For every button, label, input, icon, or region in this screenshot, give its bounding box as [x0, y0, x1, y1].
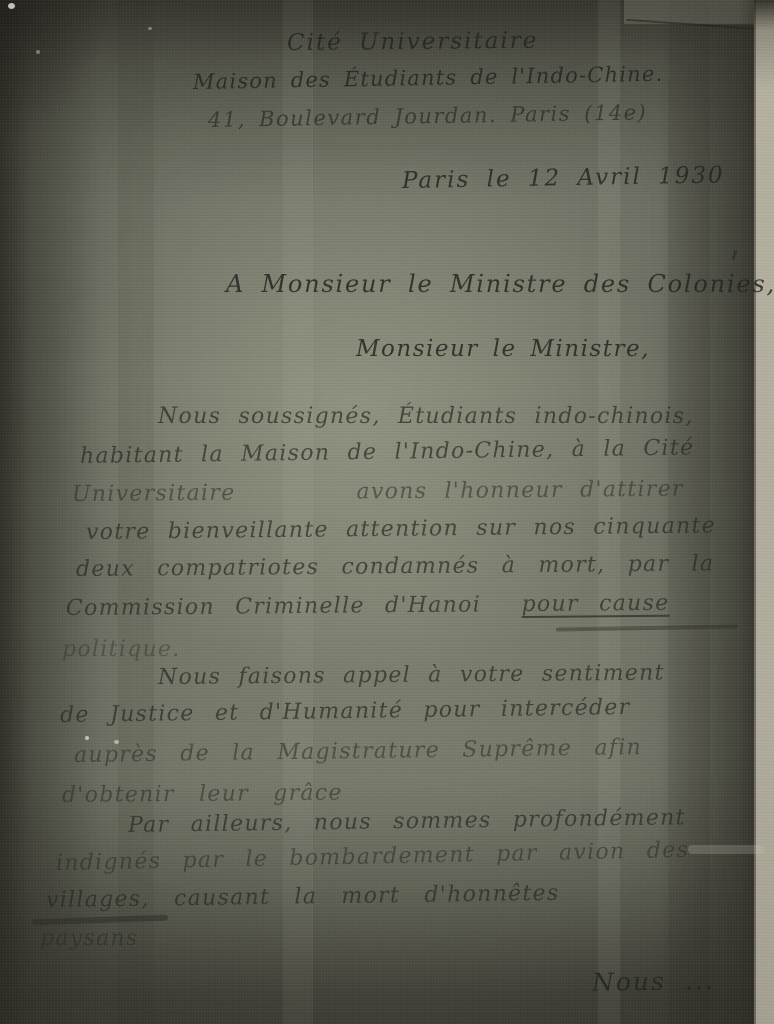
date-line: Paris le 12 Avril 1930 — [402, 162, 725, 195]
ink-smudge-underline — [32, 915, 168, 926]
body-line: habitant la Maison de l'Indo-Chine, à la… — [80, 435, 695, 470]
body-line: politique. — [62, 637, 181, 663]
letterhead-line-1: Cité Universitaire — [287, 28, 539, 58]
letterhead-line-3: 41, Boulevard Jourdan. Paris (14e) — [208, 100, 648, 133]
page-edge-shadow — [738, 0, 754, 1024]
ink-smudge-underline — [556, 624, 738, 631]
body-line: de Justice et d'Humanité pour intercéder — [60, 695, 631, 729]
body-line: votre bienveillante attention sur nos ci… — [86, 513, 716, 546]
page-edge — [754, 0, 774, 1024]
dust-speck — [148, 27, 152, 30]
dust-speck — [114, 740, 119, 744]
corner-shadow — [0, 0, 110, 140]
body-line: Par ailleurs, nous sommes profondément — [128, 805, 686, 839]
address-line: A Monsieur le Ministre des Colonies, — [226, 270, 774, 299]
body-line: paysans — [40, 926, 139, 952]
scan-streak-dark — [668, 0, 710, 1024]
body-line: d'obtenir leur grâce — [62, 781, 343, 810]
ink-mark — [732, 250, 738, 260]
body-line-segment: Commission Criminelle d'Hanoi — [66, 592, 481, 621]
salutation-line: Monsieur le Ministre, — [356, 336, 650, 364]
dust-speck — [85, 736, 89, 740]
dust-speck — [8, 3, 15, 9]
scan-streak-light — [598, 0, 620, 1024]
body-line: Universitaire avons l'honneur d'attirer — [72, 477, 684, 509]
catchword: Nous ... — [592, 966, 715, 998]
body-line: auprès de la Magistrature Suprême afin — [74, 735, 642, 769]
body-line: Nous soussignés, Étudiants indo-chinois, — [158, 404, 694, 430]
body-line: Commission Criminelle d'Hanoi pour cause — [66, 591, 670, 623]
underlined-phrase: pour cause — [521, 591, 669, 617]
dust-speck — [36, 50, 40, 54]
scanned-letter-page: Cité Universitaire Maison des Étudiants … — [0, 0, 774, 1024]
body-line: deux compatriotes condamnés à mort, par … — [76, 551, 715, 583]
body-line: Nous faisons appel à votre sentiment — [158, 661, 665, 692]
body-line: villages, causant la mort d'honnêtes — [46, 881, 560, 915]
body-line: indignés par le bombardement par avion d… — [56, 838, 690, 878]
letterhead-line-2: Maison des Étudiants de l'Indo-Chine. — [193, 62, 664, 95]
